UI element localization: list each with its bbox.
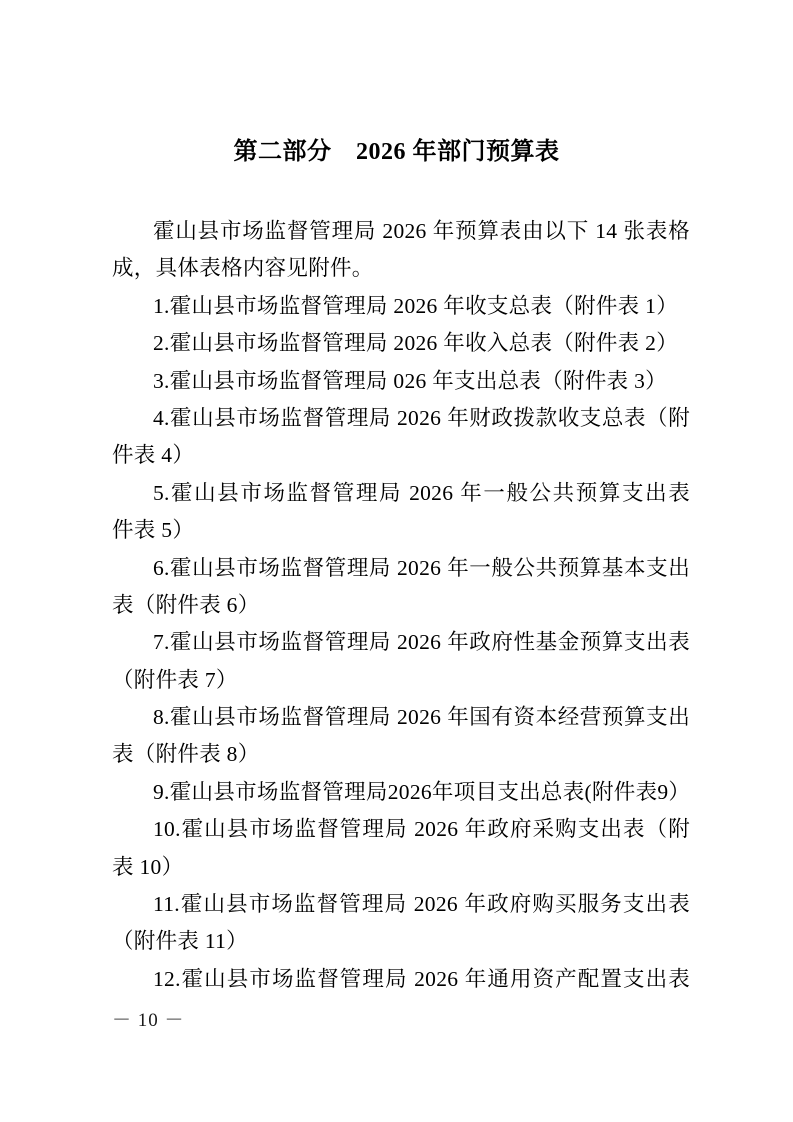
text-line: 成，具体表格内容见附件。 (112, 250, 690, 287)
text-line: 3.霍山县市场监督管理局 026 年支出总表（附件表 3） (112, 363, 690, 400)
page-number: － 10 － (112, 1008, 185, 1034)
body-text: 霍山县市场监督管理局 2026 年预算表由以下 14 张表格构成，具体表格内容见… (112, 213, 690, 998)
text-line: 4.霍山县市场监督管理局 2026 年财政拨款收支总表（附 (112, 400, 690, 437)
text-line: （附件表 7） (112, 662, 690, 699)
text-line: 2.霍山县市场监督管理局 2026 年收入总表（附件表 2） (112, 325, 690, 362)
text-line: 8.霍山县市场监督管理局 2026 年国有资本经营预算支出 (112, 699, 690, 736)
text-line: 霍山县市场监督管理局 2026 年预算表由以下 14 张表格构 (112, 213, 690, 250)
text-line: 表 10） (112, 849, 690, 886)
document-page: 第二部分 2026 年部门预算表 霍山县市场监督管理局 2026 年预算表由以下… (0, 0, 793, 1122)
text-line: 表（附件表 8） (112, 736, 690, 773)
text-line: 9.霍山县市场监督管理局2026年项目支出总表(附件表9） (112, 774, 690, 811)
text-line: 件表 5） (112, 512, 690, 549)
page-title: 第二部分 2026 年部门预算表 (0, 136, 793, 168)
text-line: 12.霍山县市场监督管理局 2026 年通用资产配置支出表的 (112, 961, 690, 998)
text-line: （附件表 11） (112, 923, 690, 960)
text-line: 件表 4） (112, 437, 690, 474)
text-line: 6.霍山县市场监督管理局 2026 年一般公共预算基本支出 (112, 550, 690, 587)
text-line: 10.霍山县市场监督管理局 2026 年政府采购支出表（附件 (112, 811, 690, 848)
text-line: 1.霍山县市场监督管理局 2026 年收支总表（附件表 1） (112, 288, 690, 325)
text-line: 表（附件表 6） (112, 587, 690, 624)
text-line: 5.霍山县市场监督管理局 2026 年一般公共预算支出表(附 (112, 475, 690, 512)
text-line: 7.霍山县市场监督管理局 2026 年政府性基金预算支出表 (112, 624, 690, 661)
text-line: 11.霍山县市场监督管理局 2026 年政府购买服务支出表 (112, 886, 690, 923)
